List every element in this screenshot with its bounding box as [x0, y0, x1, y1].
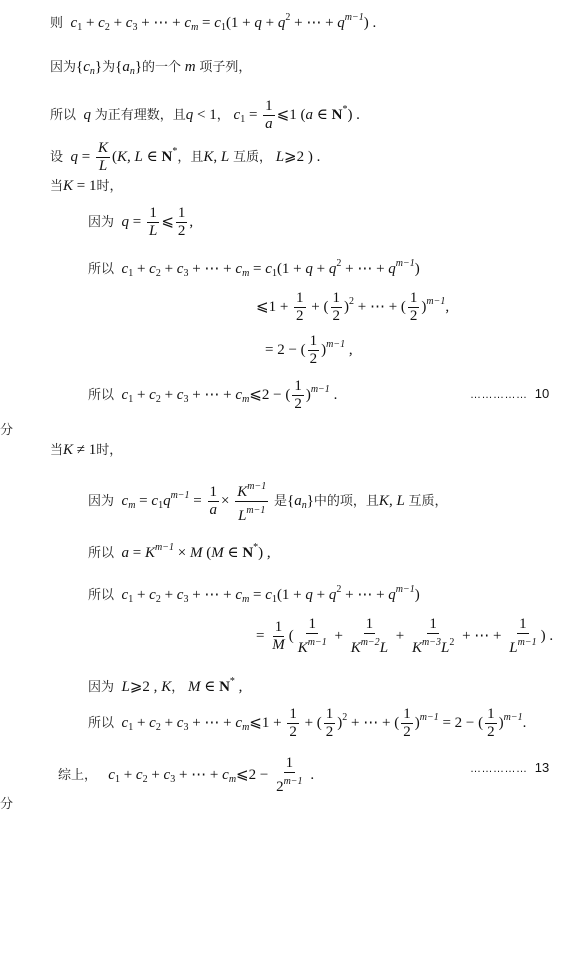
eq-line-3: 所以 q 为正有理数，且q < 1， c1 = 1a⩽1 (a ∈ N*) .: [50, 98, 360, 133]
score-unit-fen: 分: [0, 793, 13, 812]
eq-line-17: 所以 c1 + c2 + c3 + ⋯ + cm⩽1 + 12 + (12)2 …: [88, 706, 526, 741]
word-shi: 时，: [96, 443, 122, 458]
text-qie: ，且: [177, 150, 203, 165]
score-value: 13: [535, 760, 549, 775]
word-yinwei: 因为: [88, 215, 114, 230]
eq-line-13: 所以 a = Km−1 × M (M ∈ N*) ,: [88, 538, 271, 564]
word-suoyi: 所以: [88, 262, 114, 277]
eq-line-2: 因为{cn}为{an}的一个 m 项子列，: [50, 57, 251, 82]
word-yinwei: 因为: [50, 60, 76, 75]
eq-line-5: 当K = 1时，: [50, 176, 123, 197]
text-shi: 是: [274, 494, 287, 509]
eq-line-9: = 2 − (12)m−1 ,: [265, 333, 353, 368]
eq-line-14: 所以 c1 + c2 + c3 + ⋯ + cm = c1(1 + q + q2…: [88, 580, 420, 610]
word-she: 设: [50, 150, 63, 165]
word-suoyi: 所以: [88, 588, 114, 603]
score-marker-13: …………… 13: [470, 760, 549, 775]
eq-line-16: 因为 L⩾2 , K， M ∈ N* ,: [88, 672, 242, 698]
eq-line-8: ⩽1 + 12 + (12)2 + ⋯ + (12)m−1,: [256, 290, 449, 325]
text-wei: 为: [102, 60, 115, 75]
word-dang: 当: [50, 179, 63, 194]
word-shi: 时，: [97, 179, 123, 194]
word-suoyi: 所以: [88, 546, 114, 561]
text-huzhi: 互质，: [409, 494, 448, 509]
score-marker-10: …………… 10: [470, 386, 549, 401]
text-huzhi: 互质，: [233, 150, 272, 165]
score-value: 10: [535, 386, 549, 401]
eq-line-4: 设 q = KL(K, L ∈ N*，且K, L 互质， L⩾2 ) .: [50, 140, 320, 175]
eq-line-6: 因为 q = 1L⩽12,: [88, 205, 193, 240]
word-zongshang: 综上，: [58, 768, 97, 783]
word-suoyi: 所以: [88, 716, 114, 731]
word-suoyi: 所以: [88, 388, 114, 403]
score-unit-fen: 分: [0, 419, 13, 438]
word-suoyi: 所以: [50, 108, 76, 123]
eq-line-10: 所以 c1 + c2 + c3 + ⋯ + cm⩽2 − (12)m−1 .: [88, 378, 337, 413]
word-yinwei: 因为: [88, 494, 114, 509]
eq-line-1: 则 c1 + c2 + c3 + ⋯ + cm = c1(1 + q + q2 …: [50, 8, 376, 38]
eq-line-15: = 1M(1Km−1 + 1Km−2L + 1Km−3L2 + ⋯ + 1Lm−…: [256, 616, 553, 657]
text-de-yige: 的一个: [142, 60, 181, 75]
word-ze: 则: [50, 16, 63, 31]
eq-line-12: 因为 cm = c1qm−1 = 1a× Km−1Lm−1 是{an}中的项，且…: [88, 478, 448, 525]
text-zhengyouli: 为正有理数，且: [95, 108, 186, 123]
eq-line-18: 综上， c1 + c2 + c3 + ⋯ + cm⩽2 − 12m−1 .: [58, 755, 314, 796]
word-dang: 当: [50, 443, 63, 458]
text-xiangzilie: 项子列，: [199, 60, 251, 75]
eq-line-11: 当K ≠ 1时，: [50, 440, 122, 461]
leader-dots: ……………: [470, 389, 528, 401]
eq-line-7: 所以 c1 + c2 + c3 + ⋯ + cm = c1(1 + q + q2…: [88, 254, 420, 284]
word-yinwei: 因为: [88, 680, 114, 695]
text-zhongdexiang: 中的项，且: [314, 494, 379, 509]
leader-dots: ……………: [470, 763, 528, 775]
